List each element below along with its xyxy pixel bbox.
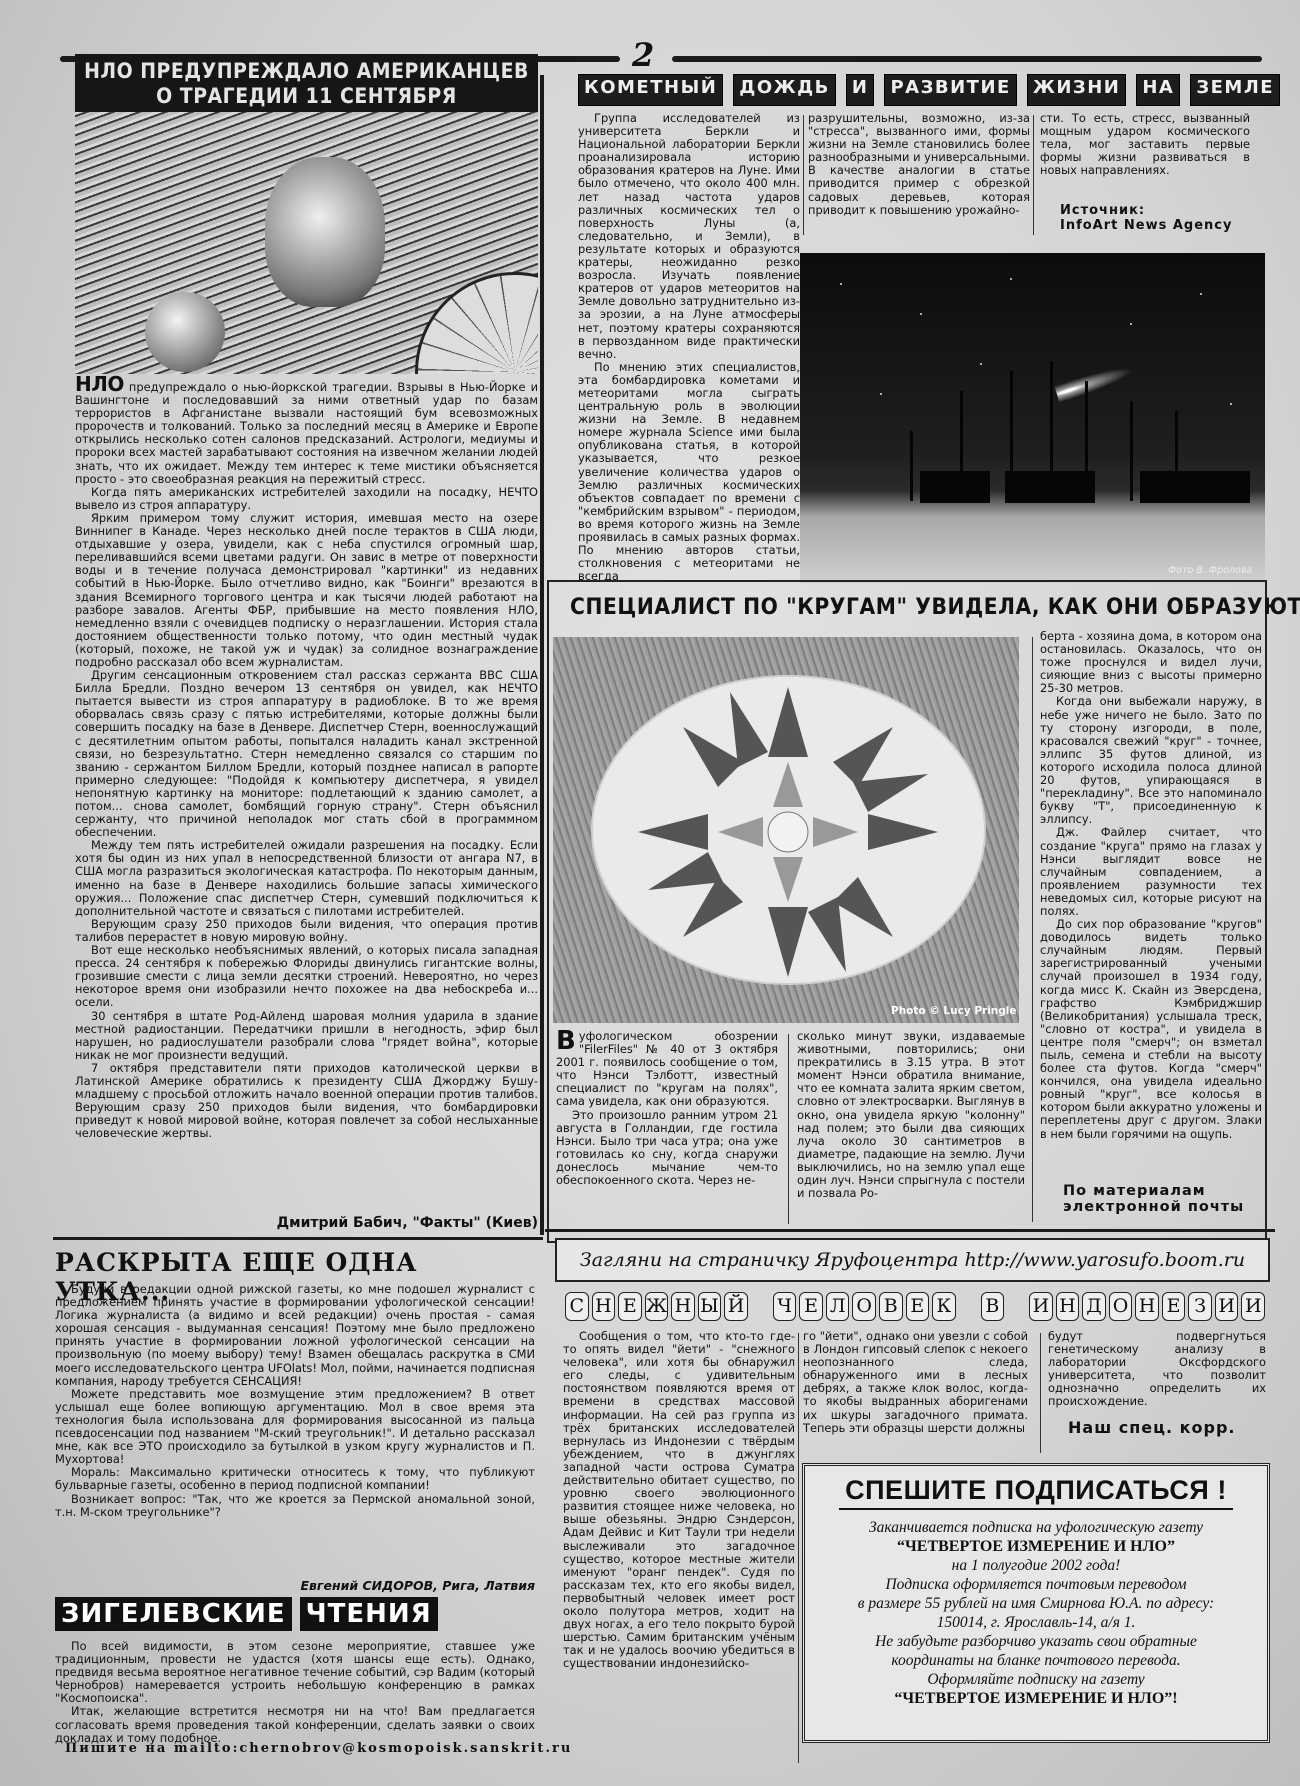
article-readings-body: По всей видимости, в этом сезоне меропри… [55, 1640, 535, 1745]
subscribe-title: СПЕШИТЕ ПОДПИСАТЬСЯ ! [839, 1475, 1233, 1510]
article-comet-column-3: сти. То есть, стресс, вызванный мощным у… [1040, 112, 1250, 177]
photo-credit: Photo © Lucy Pringle [891, 1005, 1017, 1017]
star-pattern-icon [613, 677, 963, 987]
globe-illustration [145, 292, 225, 372]
source-line: По материалам [1063, 1183, 1244, 1199]
paragraph: Это произошло ранним утром 21 августа в … [556, 1109, 778, 1188]
headline-word: жизни [1027, 74, 1127, 106]
subscribe-line: Заканчивается подписка на уфологическую … [805, 1518, 1267, 1537]
subscribe-ad: СПЕШИТЕ ПОДПИСАТЬСЯ ! Заканчивается подп… [802, 1463, 1270, 1743]
paragraph: Верующим сразу 250 приходов были видения… [75, 918, 538, 944]
source-name: InfoArt News Agency [1060, 218, 1232, 233]
paragraph: Ярким примером тому служит история, имев… [75, 512, 538, 669]
paragraph: Мораль: Максимально критически относитес… [55, 1466, 535, 1492]
divider [545, 1229, 1275, 1232]
newspaper-page: 2 НЛО ПРЕДУПРЕЖДАЛО АМЕРИКАНЦЕВ О ТРАГЕД… [0, 0, 1300, 1786]
article-yeti-column-3: будут подвергнуться генетическому анализ… [1048, 1330, 1266, 1409]
paragraph: разрушительны, возможно, из-за "стресса"… [808, 112, 1030, 217]
zodiac-wheel-illustration [415, 272, 538, 374]
headline-word: дождь [733, 74, 836, 106]
headline-word: Кометный [578, 74, 723, 106]
paragraph: Между тем пять истребителей ожидали разр… [75, 839, 538, 918]
article-yeti-column-2: го "йети", однако они увезли с собой в Л… [803, 1330, 1028, 1435]
paragraph: сти. То есть, стресс, вызванный мощным у… [1040, 112, 1250, 177]
paragraph: Итак, желающие встретится несмотря ни на… [55, 1705, 535, 1744]
paragraph: предупреждало о нью-йоркской трагедии. В… [75, 380, 538, 486]
article-ufo-signature: Дмитрий Бабич, "Факты" (Киев) [230, 1215, 538, 1231]
website-banner[interactable]: Загляни на страничку Яруфоцентра http://… [555, 1238, 1270, 1282]
subscribe-line: Не забудьте разборчиво указать свои обра… [805, 1632, 1267, 1651]
page-number: 2 [632, 36, 654, 74]
headline-word: Земле [1190, 74, 1280, 106]
subscribe-line: Подписка оформляется почтовым переводом [805, 1575, 1267, 1594]
paragraph: берта - хозяина дома, в котором она оста… [1040, 630, 1262, 695]
article-circles-column-2: сколько минут звуки, издаваемые животным… [797, 1030, 1025, 1200]
column-divider [1040, 1333, 1041, 1453]
top-rule-right [672, 56, 1262, 62]
article-yeti-column-1: Сообщения о том, что кто-то где-то опять… [563, 1330, 795, 1670]
headline-line-1: НЛО ПРЕДУПРЕЖДАЛО АМЕРИКАНЦЕВ [75, 59, 538, 84]
paragraph: Будучи в редакции одной рижской газеты, … [55, 1283, 535, 1388]
headline-word: ЧТЕНИЯ [300, 1597, 438, 1631]
article-ufo-illustration [75, 112, 538, 374]
article-comet-column-1: Группа исследователей из университета Бе… [578, 112, 800, 583]
paragraph: Можете представить мое возмущение этим п… [55, 1388, 535, 1467]
paragraph: будут подвергнуться генетическому анализ… [1048, 1330, 1266, 1409]
subscribe-line: Оформляйте подписку на газету [805, 1670, 1267, 1689]
headline-line-2: О ТРАГЕДИИ 11 СЕНТЯБРЯ [75, 84, 538, 109]
article-yeti-signature: Наш спец. корр. [1068, 1418, 1235, 1437]
article-circles-headline: СПЕЦИАЛИСТ ПО "КРУГАМ" УВИДЕЛА, КАК ОНИ … [570, 594, 1260, 620]
drop-cap: В [556, 1030, 576, 1052]
paragraph: Вот еще несколько необъяснимых явлений, … [75, 944, 538, 1009]
paragraph: До сих пор образование "кругов" доводило… [1040, 918, 1262, 1141]
source-line: электронной почты [1063, 1199, 1244, 1215]
article-ufo-headline: НЛО ПРЕДУПРЕЖДАЛО АМЕРИКАНЦЕВ О ТРАГЕДИИ… [75, 54, 538, 112]
article-comet-column-2: разрушительны, возможно, из-за "стресса"… [808, 112, 1030, 217]
article-readings-headline: ЗИГЕЛЕВСКИЕ ЧТЕНИЯ [55, 1597, 438, 1631]
headline-word: ЗИГЕЛЕВСКИЕ [55, 1597, 292, 1631]
column-divider [540, 75, 544, 1235]
column-divider [1032, 637, 1033, 1222]
article-circles-source: По материалам электронной почты [1063, 1183, 1244, 1215]
paragraph: По всей видимости, в этом сезоне меропри… [55, 1640, 535, 1705]
source-label: Источник: [1060, 203, 1232, 218]
article-hoax-body: Будучи в редакции одной рижской газеты, … [55, 1283, 535, 1519]
paragraph: сколько минут звуки, издаваемые животным… [797, 1030, 1025, 1200]
paragraph: Другим сенсационным откровением стал рас… [75, 669, 538, 839]
headline-word: и [846, 74, 875, 106]
subscribe-line: координаты на бланке почтового перевода. [805, 1651, 1267, 1670]
photo-credit: Фото В. Фролова [1168, 565, 1252, 576]
paragraph: По мнению этих специалистов, эта бомбард… [578, 361, 800, 584]
column-divider [798, 1333, 799, 1763]
paragraph: Когда пять американских истребителей зах… [75, 486, 538, 512]
face-illustration [265, 157, 385, 307]
article-circles-column-1: В уфологическом обозрении "FilerFiles" №… [556, 1030, 778, 1187]
paragraph: Сообщения о том, что кто-то где-то опять… [563, 1330, 795, 1670]
subscribe-line: на 1 полугодие 2002 года! [805, 1556, 1267, 1575]
contact-email-link[interactable]: Пишите на mailto:chernobrov@kosmopoisk.s… [65, 1741, 572, 1756]
article-comet-headline: Кометный дождь и развитие жизни на Земле [578, 74, 1243, 106]
subscribe-line: 150014, г. Ярославль-14, а/я 1. [805, 1613, 1267, 1632]
comet-icon [1054, 361, 1136, 403]
headline-word: развитие [884, 74, 1016, 106]
paragraph: Возникает вопрос: "Так, что же кроется з… [55, 1493, 535, 1519]
paragraph: 30 сентября в штате Род-Айленд шаровая м… [75, 1010, 538, 1062]
subscribe-line: “ЧЕТВЕРТОЕ ИЗМЕРЕНИЕ И НЛО”! [805, 1689, 1267, 1708]
column-divider [803, 115, 804, 235]
subscribe-line: “ЧЕТВЕРТОЕ ИЗМЕРЕНИЕ И НЛО” [805, 1537, 1267, 1556]
paragraph: го "йети", однако они увезли с собой в Л… [803, 1330, 1028, 1435]
divider [53, 1237, 543, 1240]
subscribe-line: в размере 55 рублей на имя Смирнова Ю.А.… [805, 1594, 1267, 1613]
article-yeti-headline: СНЕЖНЫЙ ЧЕЛОВЕК В ИНДОНЕЗИИ [565, 1292, 1265, 1321]
paragraph: Когда они выбежали наружу, в небе уже ни… [1040, 695, 1262, 826]
comet-night-photo [800, 253, 1265, 583]
paragraph: Группа исследователей из университета Бе… [578, 112, 800, 361]
article-hoax-signature: Евгений СИДОРОВ, Рига, Латвия [190, 1578, 535, 1593]
paragraph: 7 октября представители пяти приходов ка… [75, 1062, 538, 1141]
paragraph: уфологическом обозрении "FilerFiles" № 4… [556, 1029, 778, 1108]
headline-word: на [1136, 74, 1180, 106]
column-divider [788, 1034, 789, 1224]
article-ufo-body: НЛО предупреждало о нью-йоркской трагеди… [75, 378, 538, 1140]
article-comet-source: Источник: InfoArt News Agency [1060, 203, 1232, 233]
article-circles-column-3: берта - хозяина дома, в котором она оста… [1040, 630, 1262, 1141]
crop-circle-photo [553, 637, 1019, 1023]
column-divider [1033, 115, 1034, 235]
paragraph: Дж. Файлер считает, что создание "круга"… [1040, 826, 1262, 918]
